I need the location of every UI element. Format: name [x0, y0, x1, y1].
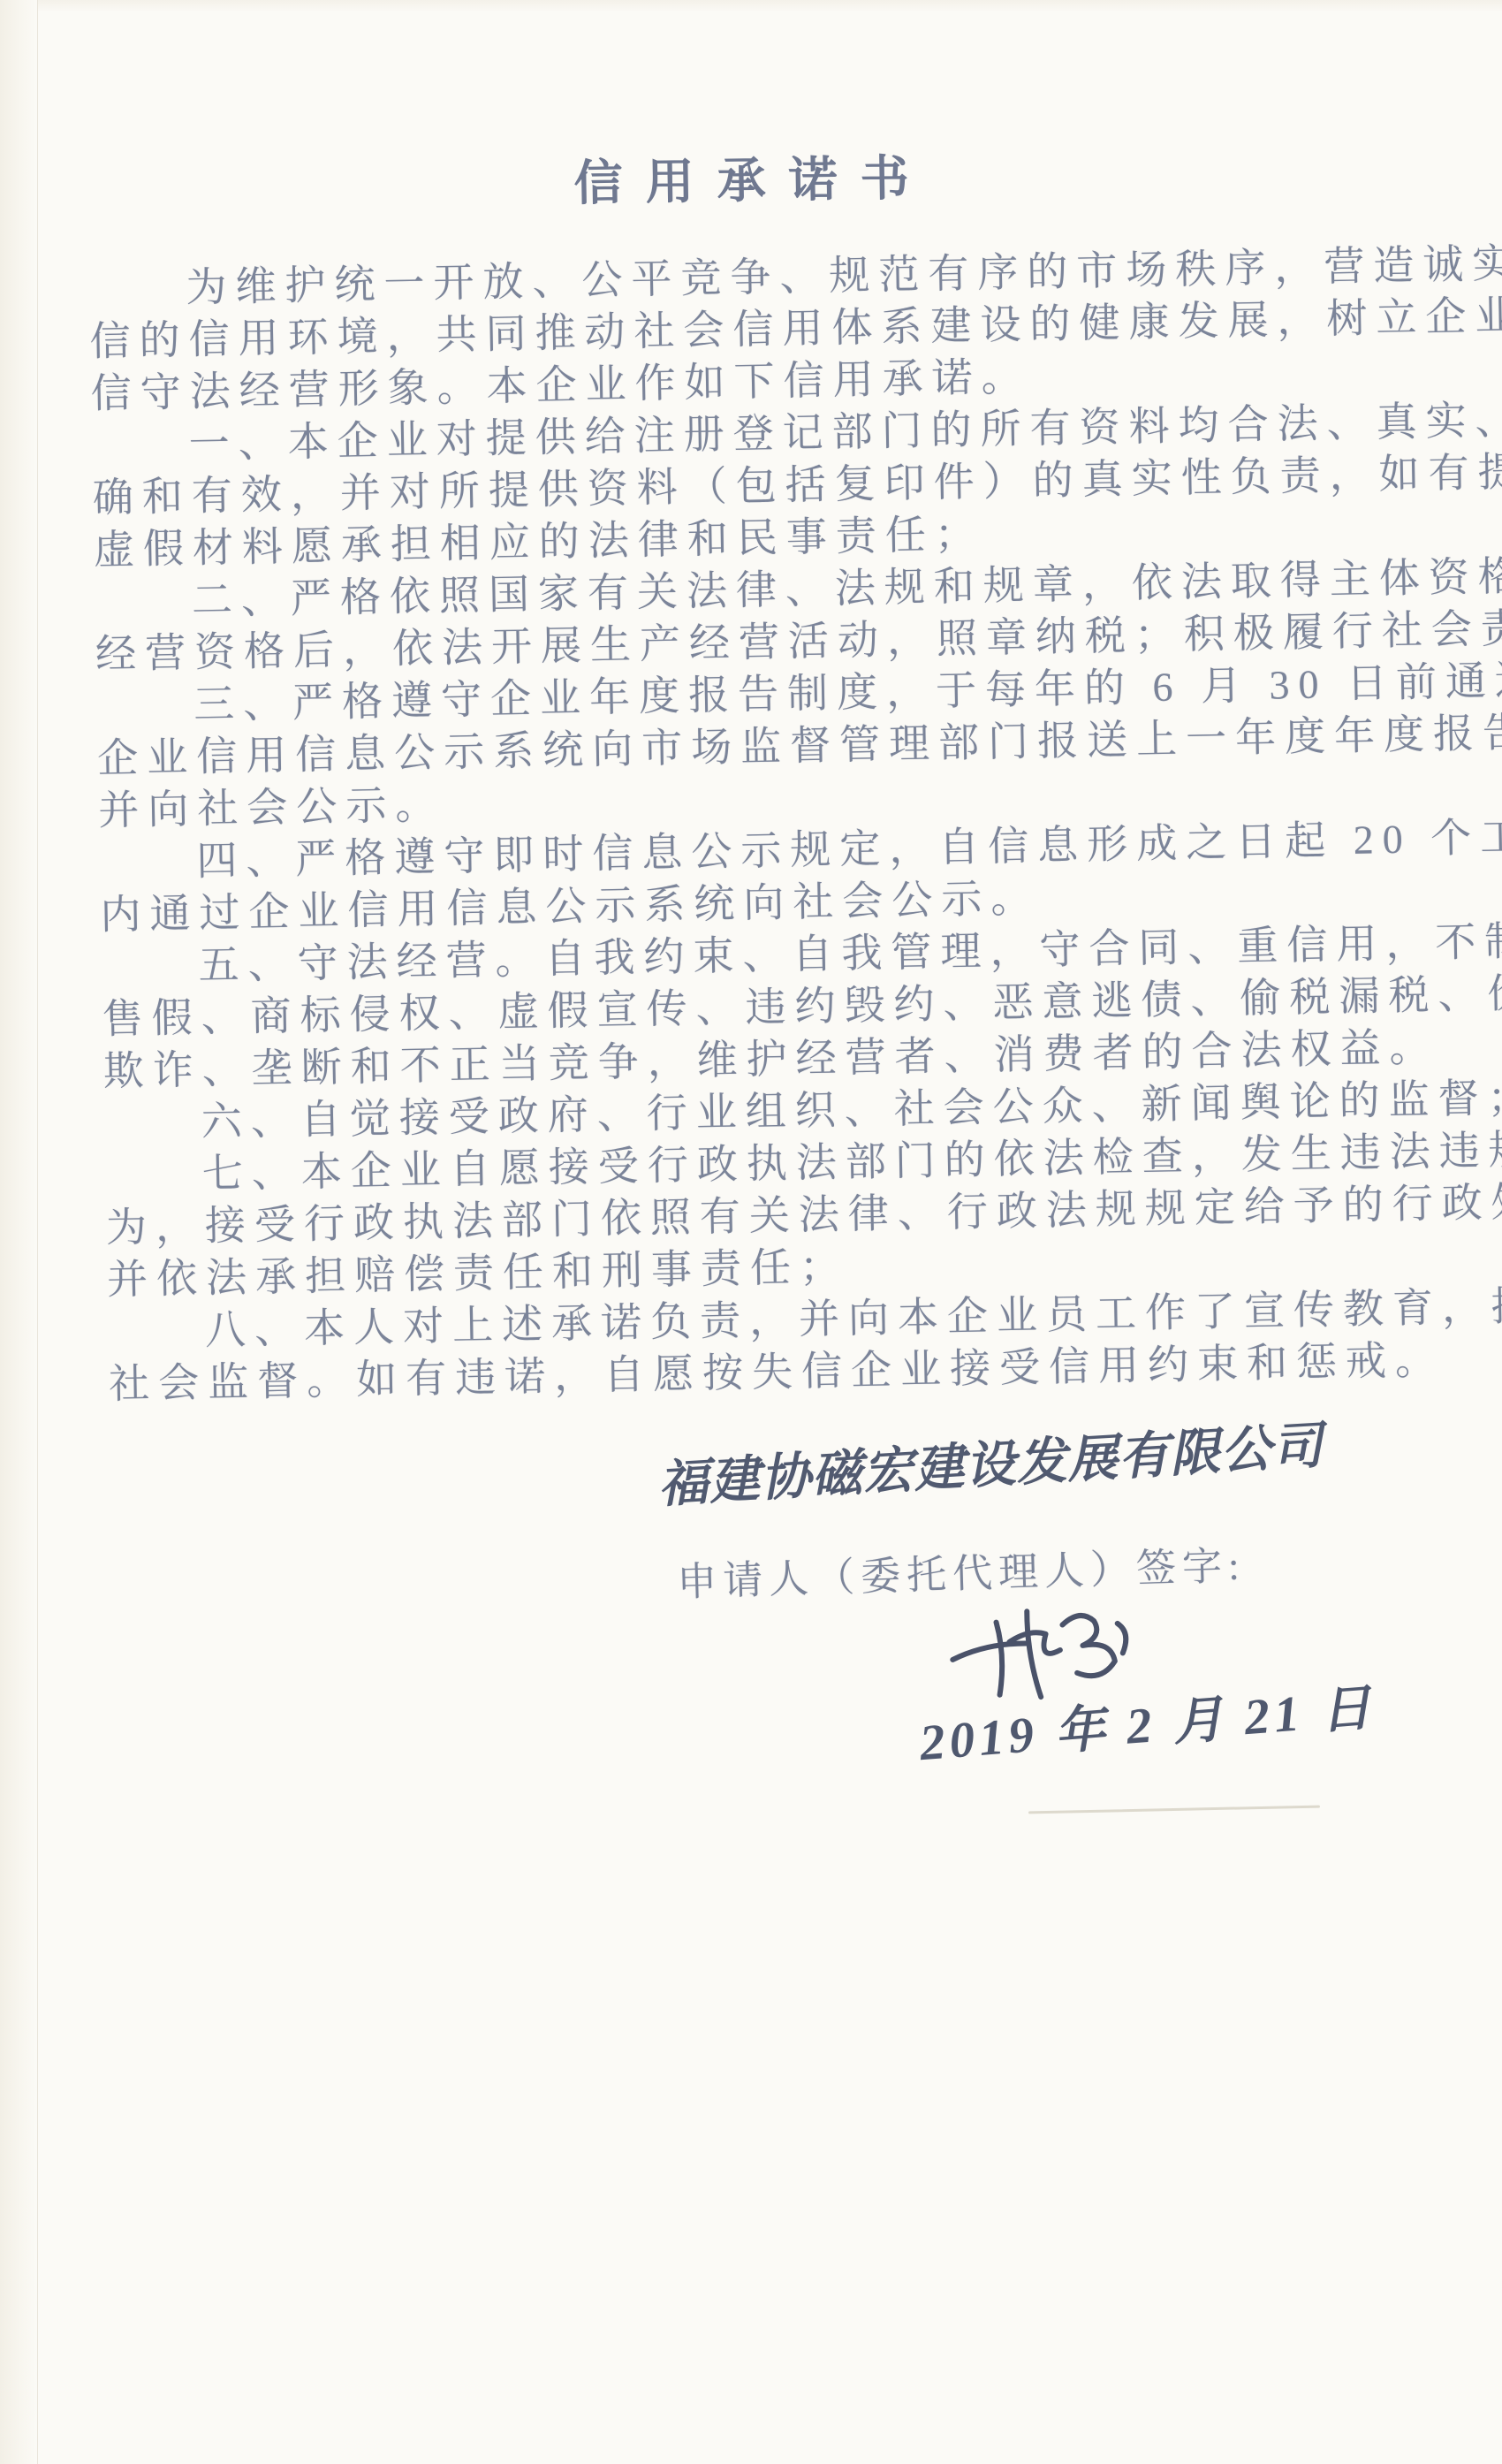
paper-crease [1028, 1806, 1320, 1814]
document-body: 为维护统一开放、公平竞争、规范有序的市场秩序，营造诚实守 信的信用环境，共同推动… [88, 239, 1453, 1411]
page-title: 信用承诺书 [89, 131, 1415, 222]
company-signature-handwritten: 福建协磁宏建设发展有限公司 [656, 1405, 1325, 1517]
document-page: { "page": { "paper_color": "#fbfaf6", "p… [0, 0, 1502, 2464]
scan-top-edge [0, 0, 1502, 12]
scan-left-edge [0, 0, 38, 2464]
applicant-signature-label: 申请人（委托代理人）签字: [676, 1532, 1246, 1607]
